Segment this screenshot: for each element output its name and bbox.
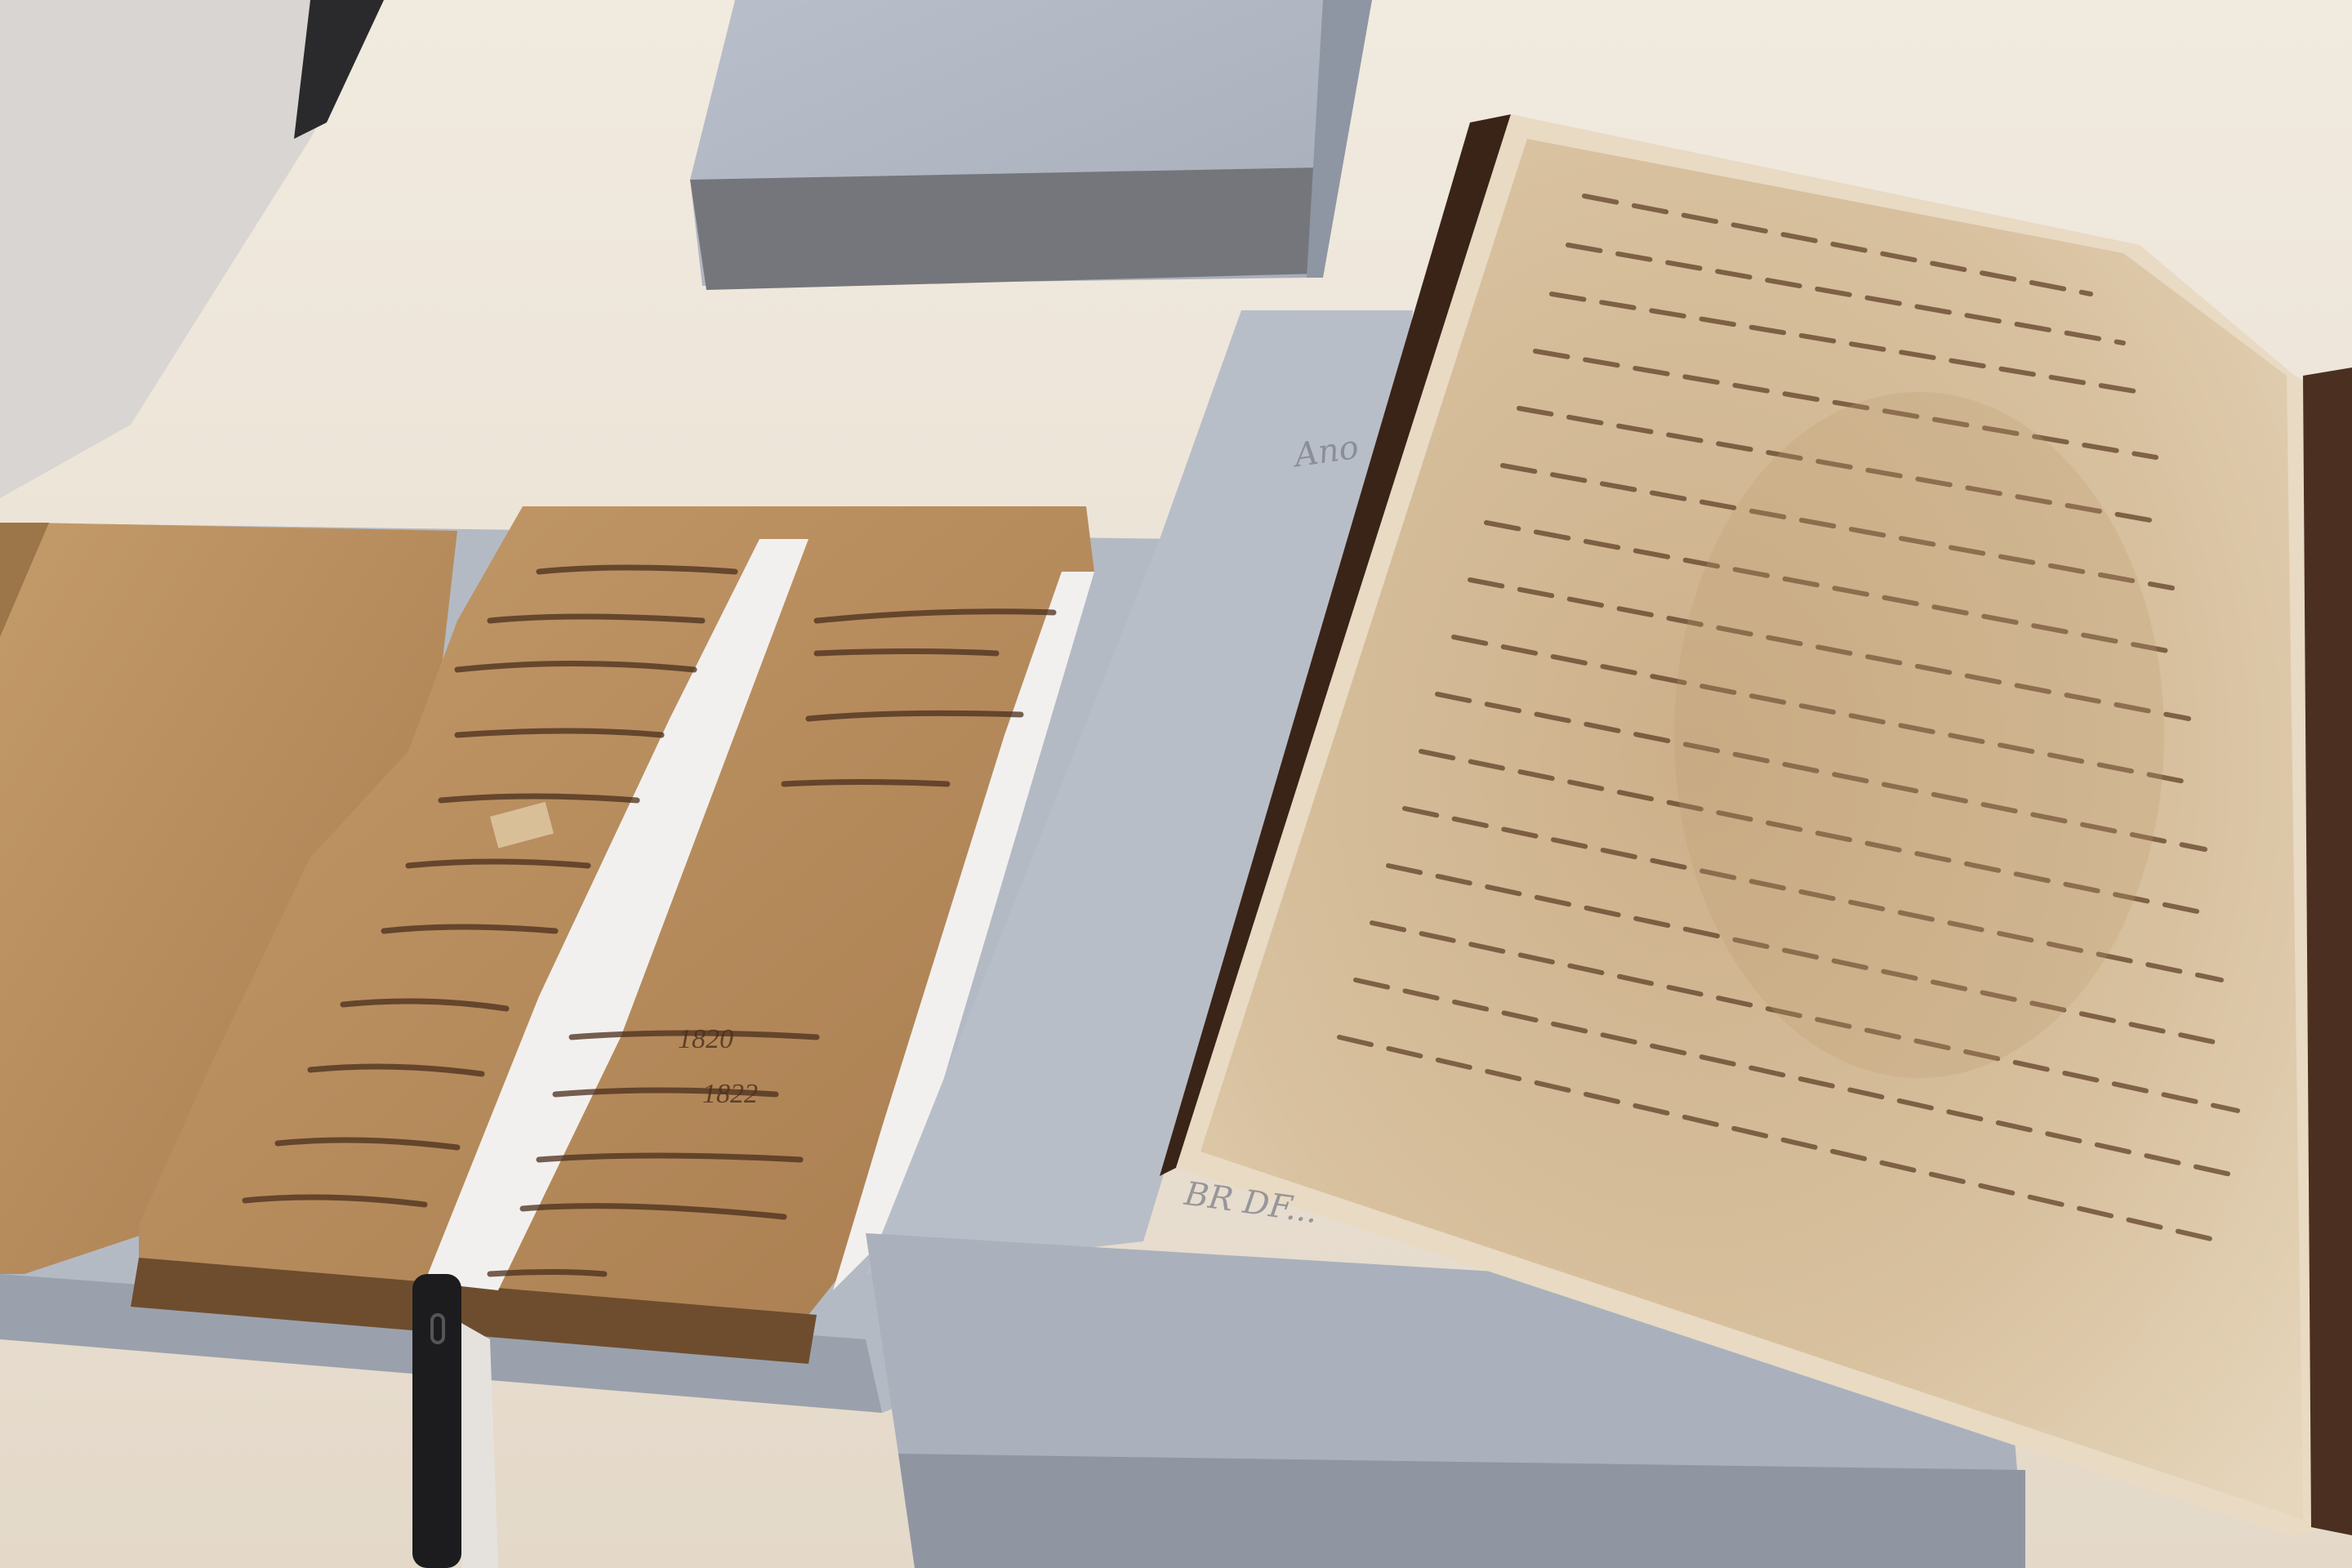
date-fragment-1820: 1820 — [678, 1024, 733, 1054]
date-fragment-1822: 1822 — [702, 1079, 758, 1109]
photo-scene: 1820 1822 — [0, 0, 2352, 1568]
top-archival-box — [690, 0, 1372, 290]
